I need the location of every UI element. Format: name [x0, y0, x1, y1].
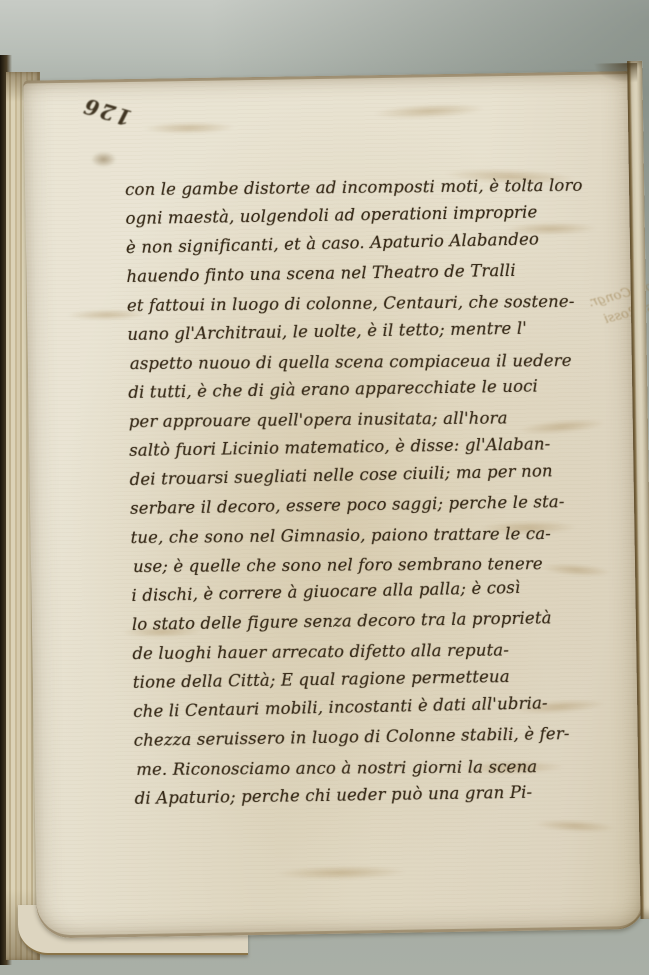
showthrough-smudge [144, 121, 234, 134]
manuscript-line: per approuare quell'opera inusitata; all… [129, 402, 607, 436]
manuscript-line: con le gambe distorte ad incomposti moti… [125, 170, 603, 204]
manuscript-text-block: con le gambe distorte ad incomposti moti… [125, 168, 613, 813]
photo-background: 126 Ros. Congr. cos: Rossi con le [0, 0, 649, 975]
manuscript-line: aspetto nuouo di quella scena compiaceua… [130, 346, 608, 378]
manuscript-page: 126 Ros. Congr. cos: Rossi con le [23, 71, 644, 938]
showthrough-smudge [535, 818, 616, 834]
ink-blot [90, 151, 116, 167]
corner-shadow [593, 63, 637, 84]
folio-number-scrawl: 126 [80, 95, 134, 129]
manuscript-line: tue, che sono nel Gimnasio, paiono tratt… [130, 518, 608, 552]
showthrough-smudge [276, 865, 406, 881]
showthrough-smudge [374, 101, 485, 121]
manuscript-line: me. Riconosciamo anco à nostri giorni la… [136, 752, 614, 784]
book: 126 Ros. Congr. cos: Rossi con le [0, 0, 649, 975]
manuscript-line: de luoghi hauer arrecato difetto alla re… [132, 634, 610, 668]
manuscript-line: et fattoui in luogo di colonne, Centauri… [127, 286, 605, 320]
